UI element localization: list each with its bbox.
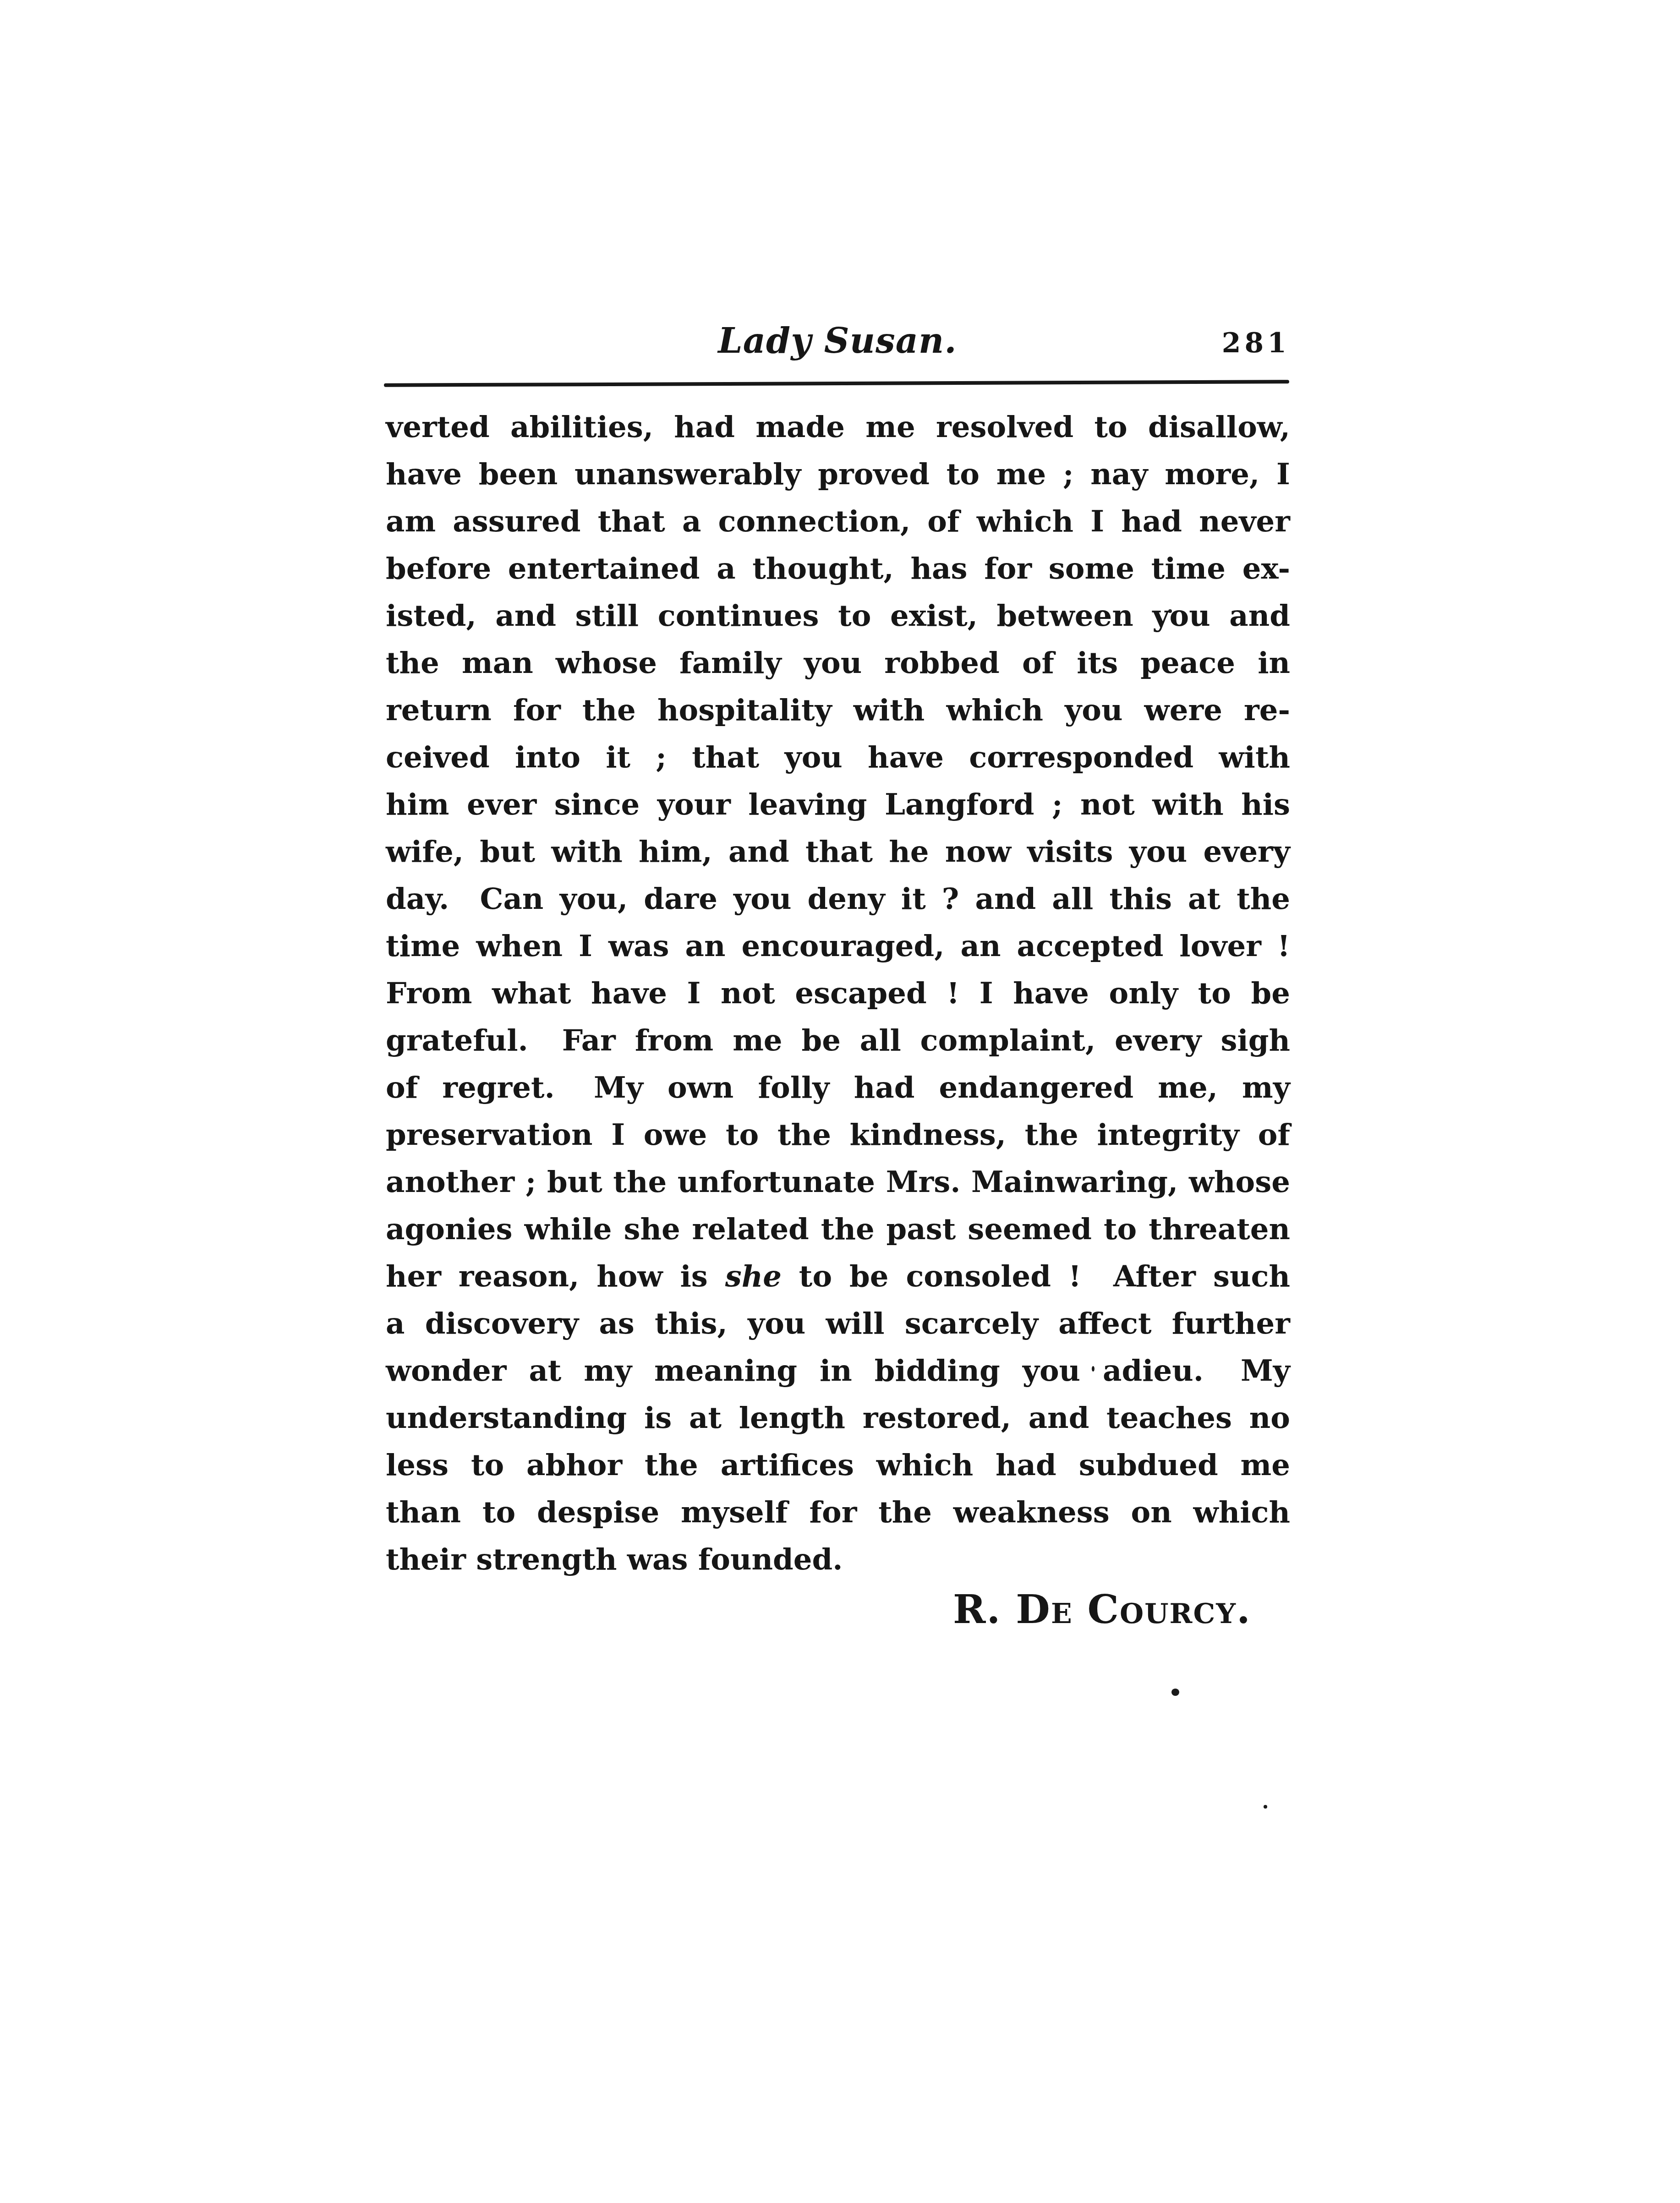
letter-line: grateful. Far from me be all complaint, … <box>386 1017 1290 1064</box>
line-text: the man whose family you robbed of its p… <box>386 646 1290 680</box>
letter-line: verted abilities, had made me resolved t… <box>386 404 1290 451</box>
ink-speck <box>1092 1366 1094 1372</box>
letter-line: return for the hospitality with which yo… <box>386 687 1290 734</box>
letter-line: From what have I not escaped ! I have on… <box>386 970 1290 1017</box>
letter-line: before entertained a thought, has for so… <box>386 545 1290 592</box>
letter-line: isted, and still continues to exist, bet… <box>386 592 1290 640</box>
line-text: From what have I not escaped ! I have on… <box>386 976 1290 1011</box>
line-text: agonies while she related the past seeme… <box>386 1212 1290 1246</box>
page-header: Lady Susan. 281 <box>385 323 1290 374</box>
line-text: wonder at my meaning in bidding you adie… <box>386 1354 1290 1388</box>
line-text: ceived into it ; that you have correspon… <box>386 740 1290 775</box>
line-text: am assured that a connection, of which I… <box>386 504 1290 539</box>
letter-signature: R. De Courcy. <box>953 1590 1251 1629</box>
line-text: isted, and still continues to exist, bet… <box>386 599 1290 633</box>
letter-line: less to abhor the artifices which had su… <box>386 1442 1290 1489</box>
ink-speck <box>1171 1689 1179 1696</box>
page-number: 281 <box>1222 329 1290 357</box>
italic-word: she <box>725 1259 782 1294</box>
line-text: than to despise myself for the weakness … <box>386 1495 1290 1530</box>
line-text: return for the hospitality with which yo… <box>386 693 1290 727</box>
letter-line: ceived into it ; that you have correspon… <box>386 734 1290 781</box>
line-text: time when I was an encouraged, an accept… <box>386 929 1290 963</box>
line-text: verted abilities, had made me resolved t… <box>386 410 1290 444</box>
line-text: understanding is at length restored, and… <box>386 1401 1290 1435</box>
line-text: to be consoled ! After such <box>782 1259 1290 1294</box>
letter-line: day. Can you, dare you deny it ? and all… <box>386 875 1290 923</box>
letter-line: wife, but with him, and that he now visi… <box>386 828 1290 875</box>
letter-body: verted abilities, had made me resolved t… <box>386 404 1290 1583</box>
line-text: him ever since your leaving Langford ; n… <box>386 787 1290 822</box>
running-title: Lady Susan. <box>385 323 1290 358</box>
letter-line: of regret. My own folly had endangered m… <box>386 1064 1290 1111</box>
letter-line: understanding is at length restored, and… <box>386 1394 1290 1442</box>
letter-line: her reason, how is she to be consoled ! … <box>386 1253 1290 1300</box>
letter-line: preservation I owe to the kindness, the … <box>386 1111 1290 1159</box>
line-text: wife, but with him, and that he now visi… <box>386 835 1290 869</box>
book-page: Lady Susan. 281 verted abilities, had ma… <box>0 0 1680 2203</box>
letter-line: wonder at my meaning in bidding you adie… <box>386 1347 1290 1394</box>
letter-line: am assured that a connection, of which I… <box>386 498 1290 545</box>
letter-line: a discovery as this, you will scarcely a… <box>386 1300 1290 1347</box>
ink-speck <box>1264 1805 1267 1809</box>
letter-line: time when I was an encouraged, an accept… <box>386 923 1290 970</box>
line-text: of regret. My own folly had endangered m… <box>386 1071 1290 1105</box>
letter-line: another ; but the unfortunate Mrs. Mainw… <box>386 1159 1290 1206</box>
letter-line: have been unanswerably proved to me ; na… <box>386 451 1290 498</box>
line-text: their strength was founded. <box>386 1542 843 1577</box>
letter-line: their strength was founded. <box>386 1536 1290 1583</box>
letter-line: agonies while she related the past seeme… <box>386 1206 1290 1253</box>
line-text: another ; but the unfortunate Mrs. Mainw… <box>386 1165 1290 1199</box>
letter-line: him ever since your leaving Langford ; n… <box>386 781 1290 828</box>
line-text: grateful. Far from me be all complaint, … <box>386 1023 1290 1058</box>
line-text: day. Can you, dare you deny it ? and all… <box>386 882 1290 916</box>
line-text: less to abhor the artifices which had su… <box>386 1448 1290 1482</box>
line-text: her reason, how is <box>386 1259 725 1294</box>
line-text: have been unanswerably proved to me ; na… <box>386 457 1290 492</box>
letter-line: the man whose family you robbed of its p… <box>386 640 1290 687</box>
letter-line: than to despise myself for the weakness … <box>386 1489 1290 1536</box>
line-text: before entertained a thought, has for so… <box>386 552 1290 586</box>
line-text: preservation I owe to the kindness, the … <box>386 1118 1290 1152</box>
line-text: a discovery as this, you will scarcely a… <box>386 1306 1290 1341</box>
ink-speck <box>1168 609 1172 613</box>
header-rule <box>384 380 1289 387</box>
